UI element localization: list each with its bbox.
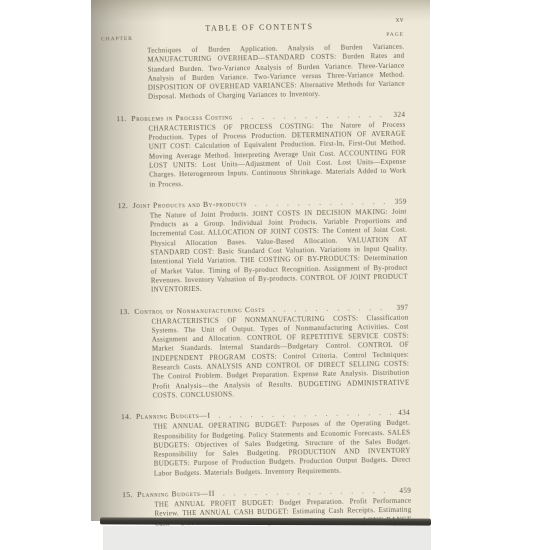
entry-page-number: 324 xyxy=(394,110,406,118)
entry-summary: THE ANNUAL OPERATING BUDGET: Purposes of… xyxy=(153,419,411,479)
entry-title: Planning Budgets—I xyxy=(136,411,211,421)
page-title: TABLE OF CONTENTS xyxy=(205,22,313,33)
toc-entry: 14. Planning Budgets—I . . . . . . . . .… xyxy=(121,408,411,479)
toc-entry: 11. Problems in Process Costing . . . . … xyxy=(116,109,406,190)
toc-header: TABLE OF CONTENTS xv xyxy=(115,15,404,31)
entry-summary: The Nature of Joint Products. JOINT COST… xyxy=(150,208,408,296)
toc-entry: 12. Joint Products and By-products . . .… xyxy=(118,197,408,296)
entry-page-number: 397 xyxy=(397,303,409,311)
scanned-photo-background: TABLE OF CONTENTS xv CHAPTER PAGE Techni… xyxy=(0,0,550,550)
entry-chapter-number: 15. xyxy=(122,490,137,499)
toc-entry: 13. Control of Nonmanufacturing Costs . … xyxy=(119,302,409,401)
entry-title: Planning Budgets—II xyxy=(137,489,215,499)
entry-title: Control of Nonmanufacturing Costs xyxy=(134,304,265,315)
continued-chapter-paragraph: Techniques of Burden Application. Analys… xyxy=(147,43,405,103)
book-page: TABLE OF CONTENTS xv CHAPTER PAGE Techni… xyxy=(91,0,430,521)
entry-chapter-number: 11. xyxy=(116,114,131,123)
entry-page-number: 459 xyxy=(399,487,411,495)
scan-surface-below-page xyxy=(103,526,431,550)
leader-dots: . . . . . . . . . . . . . . . . . . . . … xyxy=(273,303,392,313)
book-cover-edge xyxy=(100,517,431,525)
page-column-label: PAGE xyxy=(386,32,404,38)
leader-dots: . . . . . . . . . . . . . . . . . . . . … xyxy=(219,409,394,420)
leader-dots: . . . . . . . . . . . . . . . . . . . . … xyxy=(255,198,390,208)
entry-chapter-number: 14. xyxy=(121,412,136,421)
entry-title: Problems in Process Costing xyxy=(131,112,233,123)
entry-page-number: 359 xyxy=(395,198,407,206)
page-content: TABLE OF CONTENTS xv CHAPTER PAGE Techni… xyxy=(86,0,433,522)
column-labels: CHAPTER PAGE xyxy=(115,32,404,43)
entry-page-number: 434 xyxy=(398,409,410,417)
entry-summary: CHARACTERISTICS OF PROCESS COSTING: The … xyxy=(148,120,406,189)
entry-chapter-number: 12. xyxy=(118,201,133,210)
leader-dots: . . . . . . . . . . . . . . . . . . . . … xyxy=(241,111,389,121)
entry-chapter-number: 13. xyxy=(119,306,134,315)
folio-page-number: xv xyxy=(396,16,404,24)
entry-summary: CHARACTERISTICS OF NONMANUFACTURING COST… xyxy=(151,313,409,401)
chapter-column-label: CHAPTER xyxy=(101,36,133,42)
leader-dots: . . . . . . . . . . . . . . . . . . . . … xyxy=(223,487,395,498)
entry-title: Joint Products and By-products xyxy=(133,199,247,210)
